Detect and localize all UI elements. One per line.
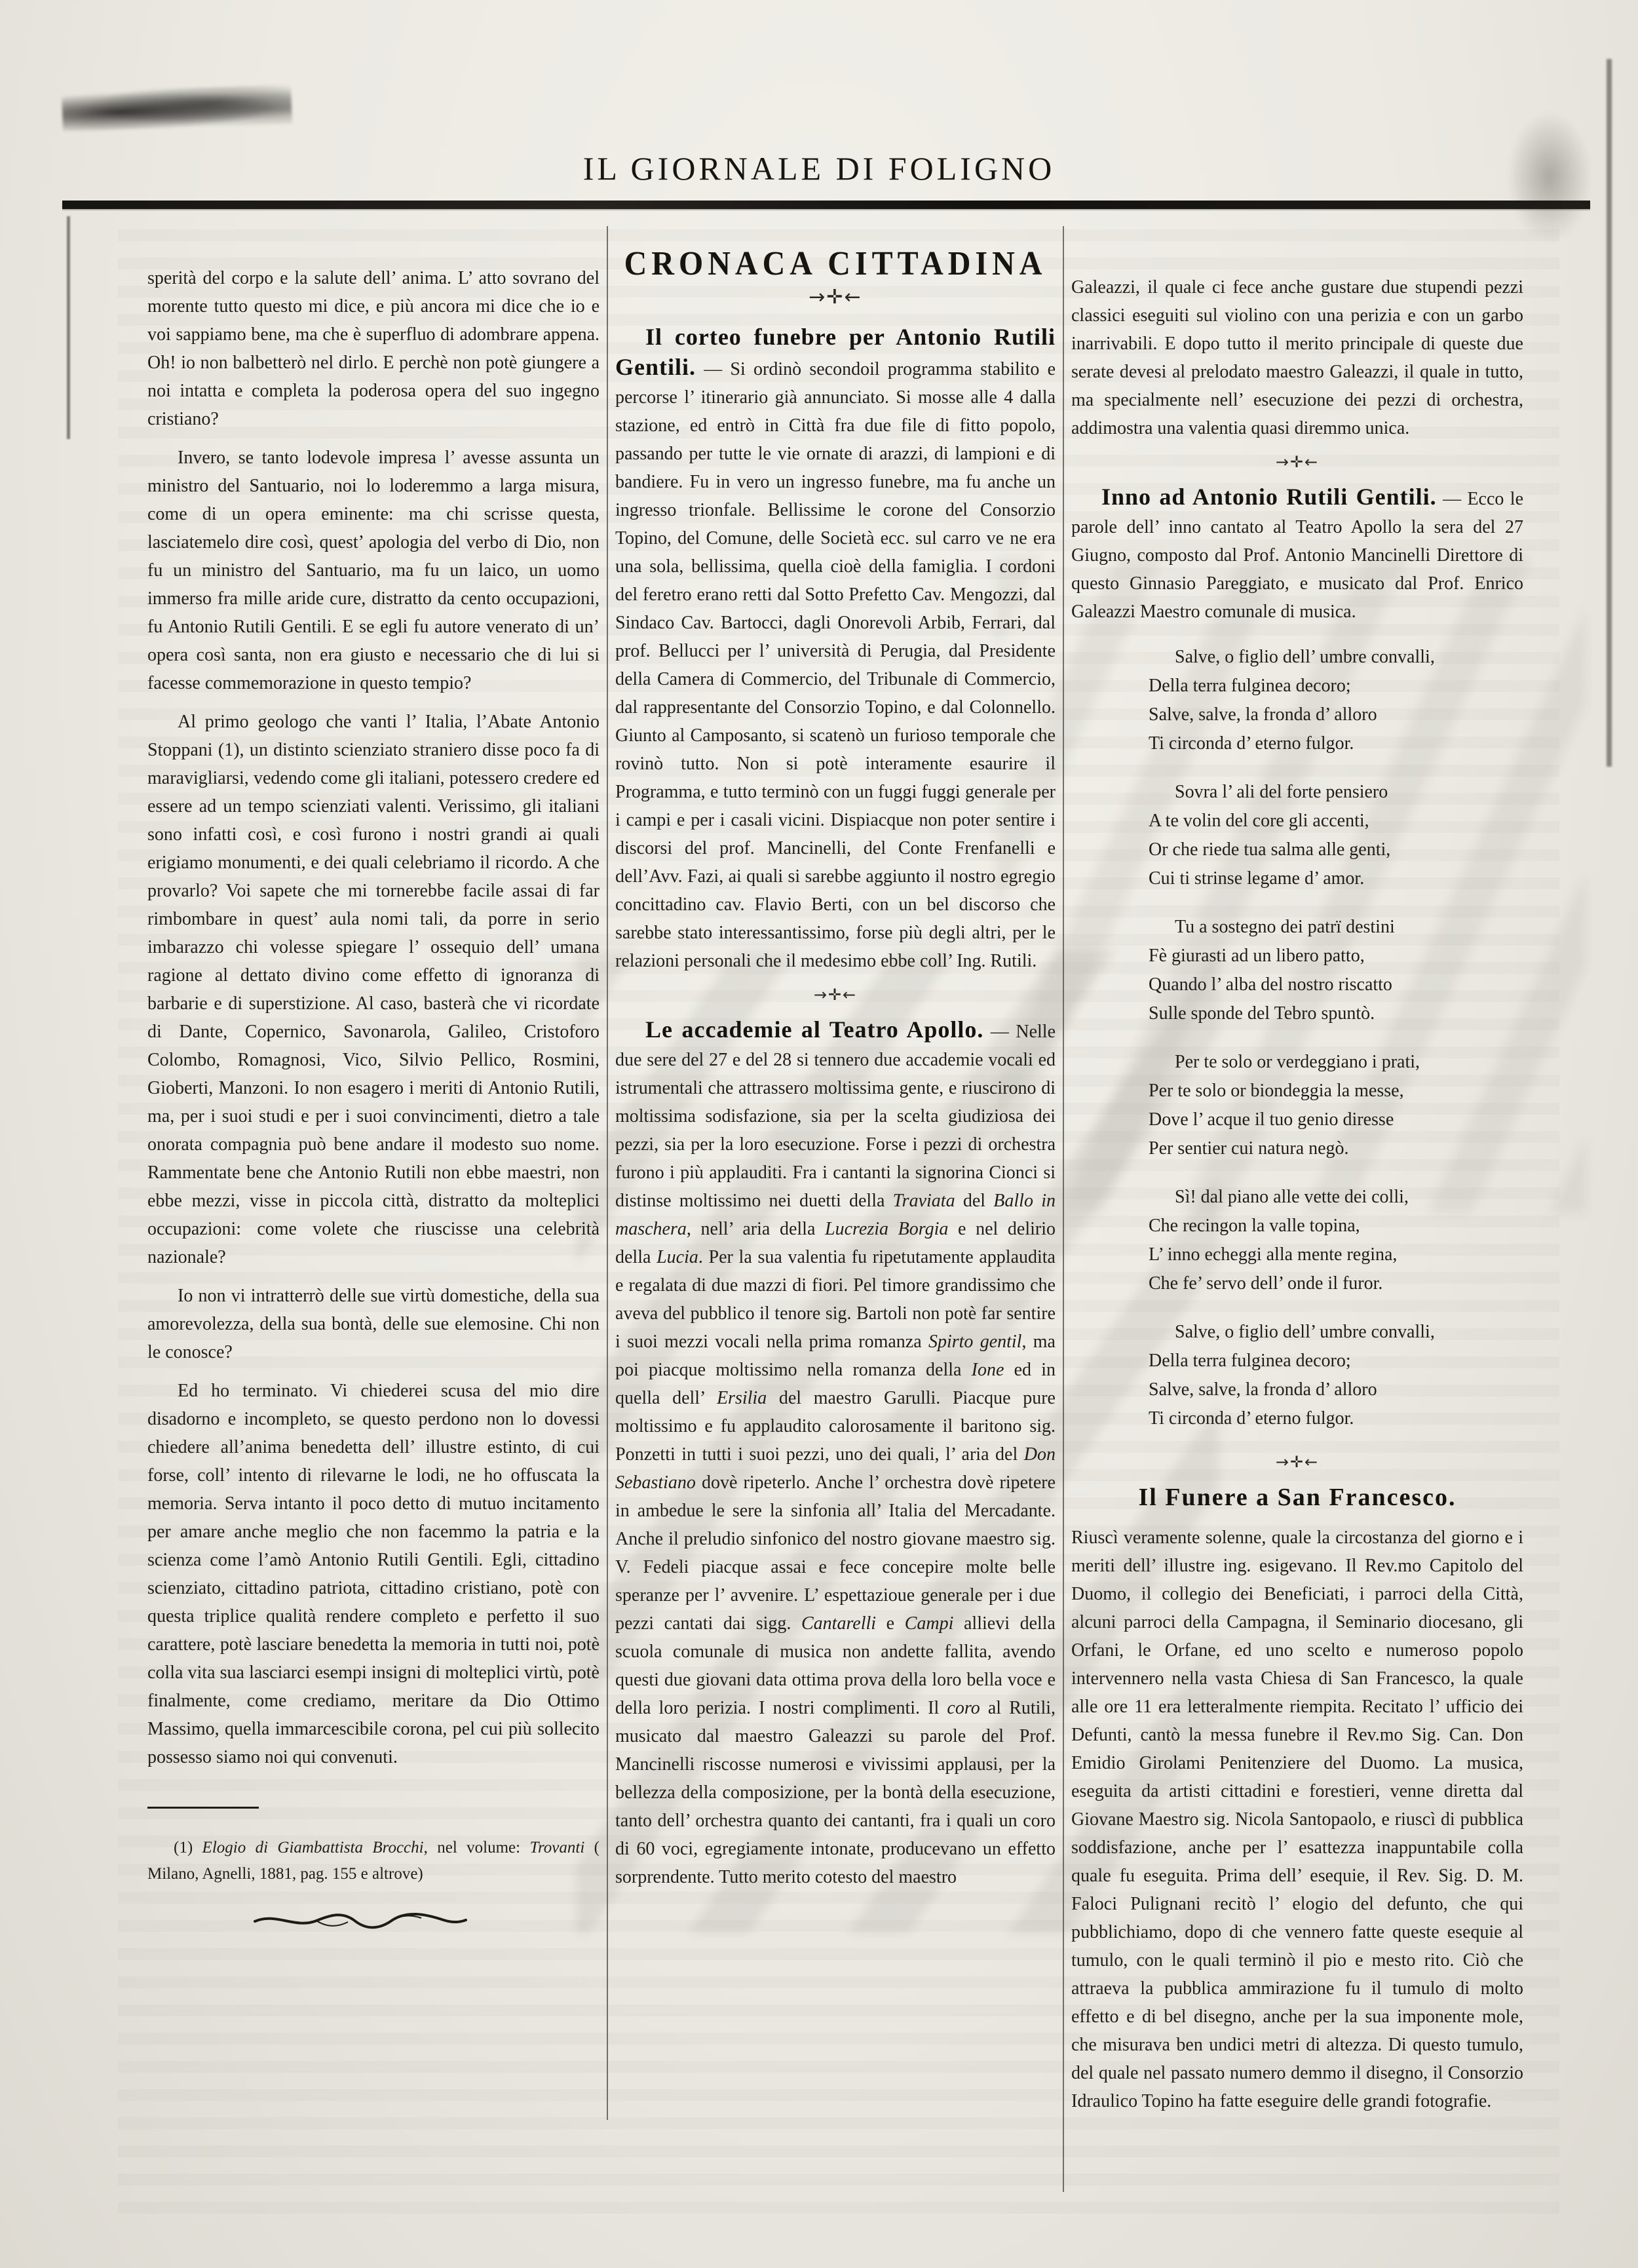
paragraph: Io non vi intratterrò delle sue virtù do…	[147, 1282, 600, 1366]
article-heading-accademie: Le accademie al Teatro Apollo.	[645, 1016, 983, 1043]
article-heading-inno: Inno ad Antonio Rutili Gentili.	[1101, 484, 1437, 510]
column-middle: CRONACA CITTADINA →✛← Il corteo funebre …	[615, 226, 1056, 2231]
section-title-cronaca: CRONACA CITTADINA	[615, 244, 1056, 283]
masthead-rule	[62, 201, 1590, 209]
paragraph: Ed ho terminato. Vi chiederei scusa del …	[147, 1377, 600, 1771]
paragraph: sperità del corpo e la salute dell’ anim…	[147, 264, 600, 433]
poem-stanza: Salve, o figlio dell’ umbre convalli, De…	[1149, 643, 1523, 758]
cross-ornament-icon: →✛←	[615, 986, 1056, 1004]
article-body-accademie: — Nelle due sere del 27 e del 28 si tenn…	[615, 1022, 1056, 1887]
article-heading-funere: Il Funere a San Francesco.	[1071, 1483, 1523, 1512]
page-edge-line	[67, 216, 70, 439]
poem-stanza: Salve, o figlio dell’ umbre convalli, De…	[1149, 1318, 1523, 1433]
paragraph: Al primo geologo che vanti l’ Italia, l’…	[147, 708, 600, 1271]
article-body-funere: Riuscì veramente solenne, quale la circo…	[1071, 1524, 1523, 2115]
footnote: (1) Elogio di Giambattista Brocchi, nel …	[147, 1835, 600, 1887]
paragraph: Invero, se tanto lodevole impresa l’ ave…	[147, 444, 600, 697]
torn-edge-mark	[62, 85, 292, 132]
poem-stanza: Sì! dal piano alle vette dei colli, Che …	[1149, 1183, 1523, 1298]
page-columns: sperità del corpo e la salute dell’ anim…	[147, 226, 1523, 2231]
hymn-poem: Salve, o figlio dell’ umbre convalli, De…	[1071, 643, 1523, 1433]
article-inno: Inno ad Antonio Rutili Gentili. — Ecco l…	[1071, 483, 1523, 626]
newspaper-scan-page: { "page": { "title": "IL GIORNALE DI FOL…	[0, 0, 1638, 2268]
cross-ornament-icon: →✛←	[1071, 1453, 1523, 1471]
poem-stanza: Sovra l’ ali del forte pensiero A te vol…	[1149, 778, 1523, 893]
article-body-corteo: — Si ordinò secondoil programma stabilit…	[615, 359, 1056, 971]
footnote-rule	[147, 1807, 259, 1809]
article-accademie: Le accademie al Teatro Apollo. — Nelle d…	[615, 1016, 1056, 1891]
poem-stanza: Per te solo or verdeggiano i prati, Per …	[1149, 1048, 1523, 1163]
article-corteo: Il corteo funebre per Antonio Rutili Gen…	[615, 323, 1056, 975]
column-right: Galeazzi, il quale ci fece anche gustare…	[1071, 226, 1523, 2231]
masthead-title: IL GIORNALE DI FOLIGNO	[0, 149, 1638, 187]
cross-ornament-icon: →✛←	[615, 286, 1056, 309]
squiggle-ornament	[252, 1910, 600, 1935]
cross-ornament-icon: →✛←	[1071, 453, 1523, 471]
poem-stanza: Tu a sostegno dei patrï destini Fè giura…	[1149, 913, 1523, 1028]
paragraph-continuation: Galeazzi, il quale ci fece anche gustare…	[1071, 273, 1523, 442]
column-left: sperità del corpo e la salute dell’ anim…	[147, 226, 600, 2231]
